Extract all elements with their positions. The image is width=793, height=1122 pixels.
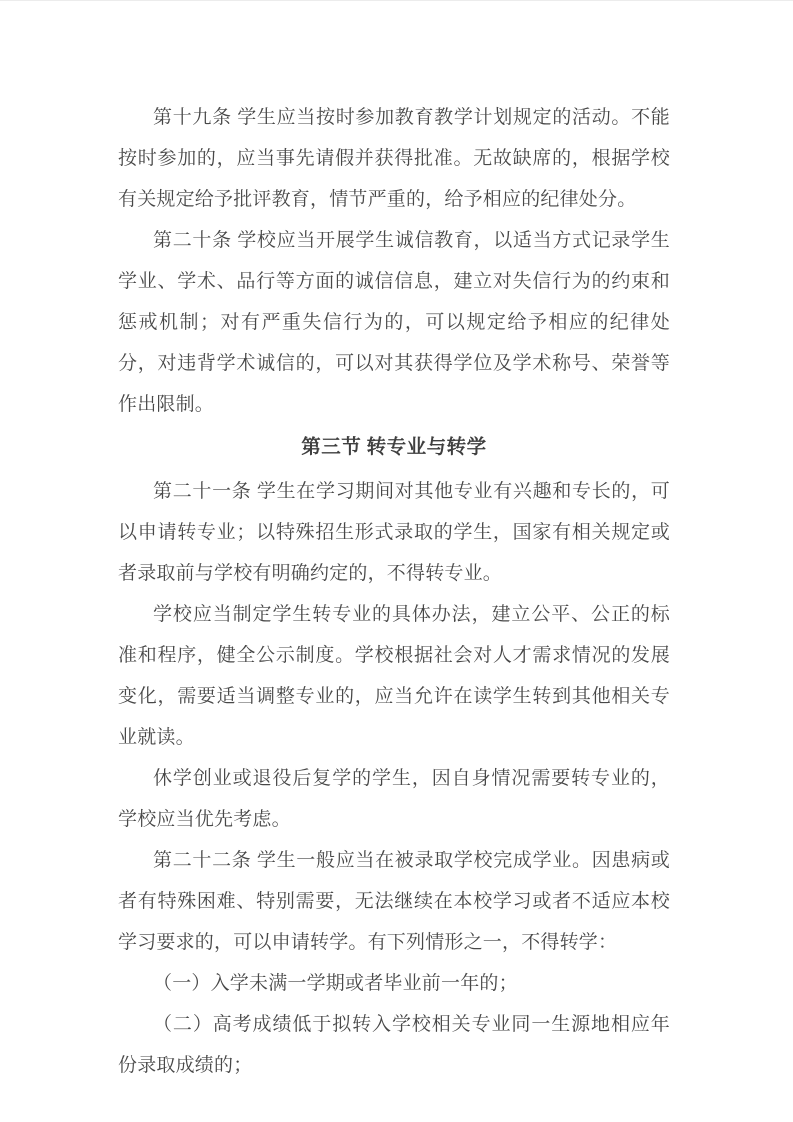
paragraph-article-20: 第二十条 学校应当开展学生诚信教育，以适当方式记录学生学业、学术、品行等方面的诚…	[118, 220, 670, 425]
paragraph-transfer-major-rules: 学校应当制定学生转专业的具体办法，建立公平、公正的标准和程序，健全公示制度。学校…	[118, 594, 670, 758]
document-body: 第十九条 学生应当按时参加教育教学计划规定的活动。不能按时参加的，应当事先请假并…	[118, 97, 670, 1086]
section-heading: 第三节 转专业与转学	[118, 427, 670, 468]
paragraph-article-22: 第二十二条 学生一般应当在被录取学校完成学业。因患病或者有特殊困难、特别需要，无…	[118, 840, 670, 963]
paragraph-priority-consideration: 休学创业或退役后复学的学生，因自身情况需要转专业的，学校应当优先考虑。	[118, 758, 670, 840]
list-item-no-transfer-2: （二）高考成绩低于拟转入学校相关专业同一生源地相应年份录取成绩的；	[118, 1004, 670, 1086]
paragraph-article-21: 第二十一条 学生在学习期间对其他专业有兴趣和专长的，可以申请转专业；以特殊招生形…	[118, 471, 670, 594]
document-page: 第十九条 学生应当按时参加教育教学计划规定的活动。不能按时参加的，应当事先请假并…	[0, 0, 793, 1122]
list-item-no-transfer-1: （一）入学未满一学期或者毕业前一年的；	[118, 963, 670, 1004]
paragraph-article-19: 第十九条 学生应当按时参加教育教学计划规定的活动。不能按时参加的，应当事先请假并…	[118, 97, 670, 220]
